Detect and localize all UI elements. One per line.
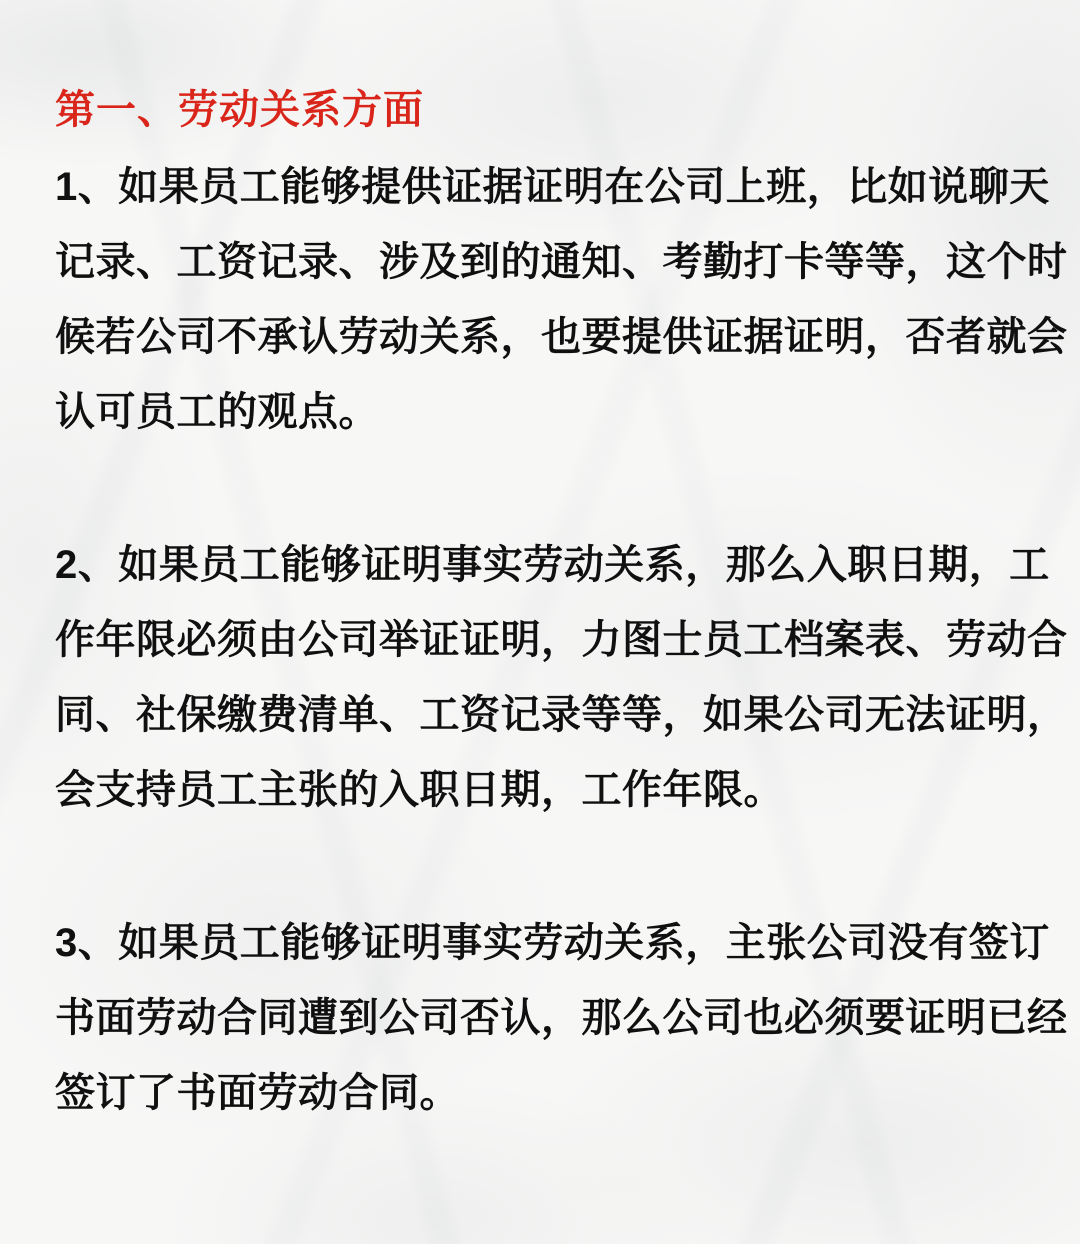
paragraph-2: 2、如果员工能够证明事实劳动关系，那么入职日期，工 作年限必须由公司举证证明，力… <box>55 528 1032 828</box>
paragraph-3-line: 3、如果员工能够证明事实劳动关系，主张公司没有签订 <box>55 906 1032 981</box>
paragraph-2-line: 会支持员工主张的入职日期，工作年限。 <box>55 753 1032 828</box>
paragraph-1-line: 候若公司不承认劳动关系，也要提供证据证明，否者就会 <box>55 300 1032 375</box>
text-card: 第一、劳动关系方面 1、如果员工能够提供证据证明在公司上班，比如说聊天 记录、工… <box>0 0 1080 1131</box>
paragraph-3: 3、如果员工能够证明事实劳动关系，主张公司没有签订 书面劳动合同遭到公司否认，那… <box>55 906 1032 1131</box>
paragraph-1-line: 记录、工资记录、涉及到的通知、考勤打卡等等，这个时 <box>55 225 1032 300</box>
paragraph-1-line: 1、如果员工能够提供证据证明在公司上班，比如说聊天 <box>55 150 1032 225</box>
paragraph-1-line: 认可员工的观点。 <box>55 375 1032 450</box>
paragraph-2-line: 2、如果员工能够证明事实劳动关系，那么入职日期，工 <box>55 528 1032 603</box>
section-heading: 第一、劳动关系方面 <box>55 70 1032 150</box>
paragraph-2-line: 作年限必须由公司举证证明，力图士员工档案表、劳动合 <box>55 603 1032 678</box>
paragraph-1: 1、如果员工能够提供证据证明在公司上班，比如说聊天 记录、工资记录、涉及到的通知… <box>55 150 1032 450</box>
paragraph-3-line: 书面劳动合同遭到公司否认，那么公司也必须要证明已经 <box>55 981 1032 1056</box>
paragraph-3-line: 签订了书面劳动合同。 <box>55 1056 1032 1131</box>
paragraph-2-line: 同、社保缴费清单、工资记录等等，如果公司无法证明， <box>55 678 1032 753</box>
